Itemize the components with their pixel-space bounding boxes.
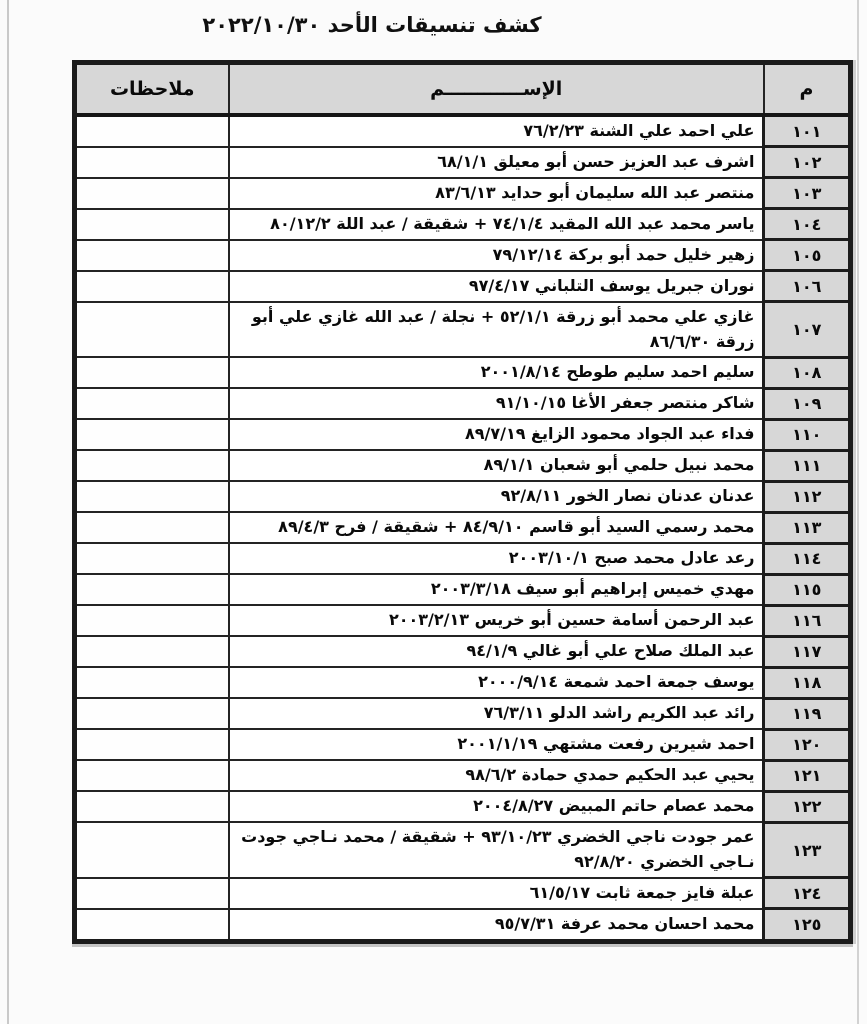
row-notes-cell	[75, 147, 229, 178]
row-name-cell: عدنان عدنان نصار الخور ٩٢/٨/١١	[229, 481, 764, 512]
table-row: ١٢٣ عمر جودت ناجي الخضري ٩٣/١٠/٢٣ + شقيق…	[75, 822, 851, 878]
row-name-cell: احمد شيرين رفعت مشتهي ٢٠٠١/١/١٩	[229, 729, 764, 760]
row-notes-cell	[75, 512, 229, 543]
coordination-roster-table: م الإســــــــــــم ملاحظات ١٠١ علي احمد…	[72, 60, 853, 944]
row-name-cell: رائد عبد الكريم راشد الدلو ٧٦/٣/١١	[229, 698, 764, 729]
table-row: ١١٤ رعد عادل محمد صبح ٢٠٠٣/١٠/١	[75, 543, 851, 574]
table-row: ١٢٠ احمد شيرين رفعت مشتهي ٢٠٠١/١/١٩	[75, 729, 851, 760]
row-name-cell: عبد الرحمن أسامة حسين أبو خريس ٢٠٠٣/٢/١٣	[229, 605, 764, 636]
row-notes-cell	[75, 698, 229, 729]
row-name-cell: شاكر منتصر جعفر الأغا ٩١/١٠/١٥	[229, 388, 764, 419]
table-row: ١٢٢ محمد عصام حاتم المبيض ٢٠٠٤/٨/٢٧	[75, 791, 851, 822]
table-body: ١٠١ علي احمد علي الشنة ٧٦/٢/٢٣ ١٠٢ اشرف …	[75, 115, 851, 941]
row-number-cell: ١٠٧	[764, 302, 851, 358]
row-notes-cell	[75, 729, 229, 760]
table-row: ١١٠ فداء عبد الجواد محمود الزايغ ٨٩/٧/١٩	[75, 419, 851, 450]
row-number-cell: ١٠٣	[764, 178, 851, 209]
row-number-cell: ١٠٩	[764, 388, 851, 419]
row-number-cell: ١٢٥	[764, 909, 851, 941]
row-name-cell: زهير خليل حمد أبو بركة ٧٩/١٢/١٤	[229, 240, 764, 271]
row-name-cell: محمد رسمي السيد أبو قاسم ٨٤/٩/١٠ + شقيقة…	[229, 512, 764, 543]
row-number-cell: ١٠٤	[764, 209, 851, 240]
row-name-cell: فداء عبد الجواد محمود الزايغ ٨٩/٧/١٩	[229, 419, 764, 450]
page-edge-line-left	[7, 0, 9, 1024]
row-number-cell: ١٠٢	[764, 147, 851, 178]
row-notes-cell	[75, 209, 229, 240]
row-name-cell: عمر جودت ناجي الخضري ٩٣/١٠/٢٣ + شقيقة / …	[229, 822, 764, 878]
row-notes-cell	[75, 760, 229, 791]
row-notes-cell	[75, 605, 229, 636]
document-title: كشف تنسيقات الأحد ٢٠٢٢/١٠/٣٠	[122, 13, 622, 37]
row-number-cell: ١٢٤	[764, 878, 851, 909]
table-header-row: م الإســــــــــــم ملاحظات	[75, 63, 851, 116]
row-notes-cell	[75, 240, 229, 271]
table-row: ١١٧ عبد الملك صلاح علي أبو غالي ٩٤/١/٩	[75, 636, 851, 667]
row-number-cell: ١١١	[764, 450, 851, 481]
table-row: ١١١ محمد نبيل حلمي أبو شعبان ٨٩/١/١	[75, 450, 851, 481]
row-number-cell: ١١٣	[764, 512, 851, 543]
row-number-cell: ١٢٣	[764, 822, 851, 878]
row-number-cell: ١١٠	[764, 419, 851, 450]
table-row: ١١٨ يوسف جمعة احمد شمعة ٢٠٠٠/٩/١٤	[75, 667, 851, 698]
table-row: ١٠٤ ياسر محمد عبد الله المقيد ٧٤/١/٤ + ش…	[75, 209, 851, 240]
table-row: ١٢٥ محمد احسان محمد عرفة ٩٥/٧/٣١	[75, 909, 851, 941]
table-row: ١٠٣ منتصر عبد الله سليمان أبو حدايد ٨٣/٦…	[75, 178, 851, 209]
table-row: ١٠٦ نوران جبريل يوسف التلباني ٩٧/٤/١٧	[75, 271, 851, 302]
row-notes-cell	[75, 636, 229, 667]
row-name-cell: عبد الملك صلاح علي أبو غالي ٩٤/١/٩	[229, 636, 764, 667]
table-row: ١٠٨ سليم احمد سليم طوطح ٢٠٠١/٨/١٤	[75, 357, 851, 388]
table-row: ١١٩ رائد عبد الكريم راشد الدلو ٧٦/٣/١١	[75, 698, 851, 729]
row-name-cell: سليم احمد سليم طوطح ٢٠٠١/٨/١٤	[229, 357, 764, 388]
table-row: ١١٢ عدنان عدنان نصار الخور ٩٢/٨/١١	[75, 481, 851, 512]
row-number-cell: ١٢١	[764, 760, 851, 791]
row-notes-cell	[75, 178, 229, 209]
row-notes-cell	[75, 302, 229, 358]
column-header-notes: ملاحظات	[75, 63, 229, 116]
row-number-cell: ١١٦	[764, 605, 851, 636]
row-number-cell: ١٠٥	[764, 240, 851, 271]
row-number-cell: ١٠٨	[764, 357, 851, 388]
column-header-number: م	[764, 63, 851, 116]
row-notes-cell	[75, 574, 229, 605]
table-row: ١١٣ محمد رسمي السيد أبو قاسم ٨٤/٩/١٠ + ش…	[75, 512, 851, 543]
table-row: ١٢١ يحيي عبد الحكيم حمدي حمادة ٩٨/٦/٢	[75, 760, 851, 791]
row-name-cell: محمد عصام حاتم المبيض ٢٠٠٤/٨/٢٧	[229, 791, 764, 822]
row-notes-cell	[75, 878, 229, 909]
row-notes-cell	[75, 388, 229, 419]
row-name-cell: منتصر عبد الله سليمان أبو حدايد ٨٣/٦/١٣	[229, 178, 764, 209]
row-number-cell: ١٠٦	[764, 271, 851, 302]
row-notes-cell	[75, 543, 229, 574]
row-number-cell: ١١٧	[764, 636, 851, 667]
row-number-cell: ١٢٠	[764, 729, 851, 760]
table-row: ١٠٧ غازي علي محمد أبو زرقة ٥٢/١/١ + نجلة…	[75, 302, 851, 358]
row-name-cell: نوران جبريل يوسف التلباني ٩٧/٤/١٧	[229, 271, 764, 302]
row-notes-cell	[75, 822, 229, 878]
row-number-cell: ١١٩	[764, 698, 851, 729]
row-name-cell: مهدي خميس إبراهيم أبو سيف ٢٠٠٣/٣/١٨	[229, 574, 764, 605]
row-name-cell: رعد عادل محمد صبح ٢٠٠٣/١٠/١	[229, 543, 764, 574]
table-row: ١١٦ عبد الرحمن أسامة حسين أبو خريس ٢٠٠٣/…	[75, 605, 851, 636]
row-name-cell: يوسف جمعة احمد شمعة ٢٠٠٠/٩/١٤	[229, 667, 764, 698]
page-edge-line-right	[857, 0, 859, 1024]
row-name-cell: علي احمد علي الشنة ٧٦/٢/٢٣	[229, 115, 764, 147]
table-row: ١٠٥ زهير خليل حمد أبو بركة ٧٩/١٢/١٤	[75, 240, 851, 271]
row-number-cell: ١٠١	[764, 115, 851, 147]
row-notes-cell	[75, 667, 229, 698]
row-number-cell: ١١٤	[764, 543, 851, 574]
row-number-cell: ١٢٢	[764, 791, 851, 822]
table-row: ١٢٤ عبلة فايز جمعة ثابت ٦١/٥/١٧	[75, 878, 851, 909]
row-notes-cell	[75, 481, 229, 512]
column-header-name: الإســــــــــــم	[229, 63, 764, 116]
row-notes-cell	[75, 909, 229, 941]
table-row: ١٠٢ اشرف عبد العزيز حسن أبو معيلق ٦٨/١/١	[75, 147, 851, 178]
row-notes-cell	[75, 450, 229, 481]
row-notes-cell	[75, 791, 229, 822]
table-row: ١٠٩ شاكر منتصر جعفر الأغا ٩١/١٠/١٥	[75, 388, 851, 419]
row-notes-cell	[75, 115, 229, 147]
row-name-cell: غازي علي محمد أبو زرقة ٥٢/١/١ + نجلة / ع…	[229, 302, 764, 358]
row-number-cell: ١١٨	[764, 667, 851, 698]
row-number-cell: ١١٢	[764, 481, 851, 512]
row-name-cell: اشرف عبد العزيز حسن أبو معيلق ٦٨/١/١	[229, 147, 764, 178]
row-notes-cell	[75, 357, 229, 388]
row-notes-cell	[75, 271, 229, 302]
table-row: ١١٥ مهدي خميس إبراهيم أبو سيف ٢٠٠٣/٣/١٨	[75, 574, 851, 605]
row-name-cell: ياسر محمد عبد الله المقيد ٧٤/١/٤ + شقيقة…	[229, 209, 764, 240]
row-name-cell: محمد احسان محمد عرفة ٩٥/٧/٣١	[229, 909, 764, 941]
row-notes-cell	[75, 419, 229, 450]
row-name-cell: عبلة فايز جمعة ثابت ٦١/٥/١٧	[229, 878, 764, 909]
row-name-cell: يحيي عبد الحكيم حمدي حمادة ٩٨/٦/٢	[229, 760, 764, 791]
row-name-cell: محمد نبيل حلمي أبو شعبان ٨٩/١/١	[229, 450, 764, 481]
table-row: ١٠١ علي احمد علي الشنة ٧٦/٢/٢٣	[75, 115, 851, 147]
row-number-cell: ١١٥	[764, 574, 851, 605]
